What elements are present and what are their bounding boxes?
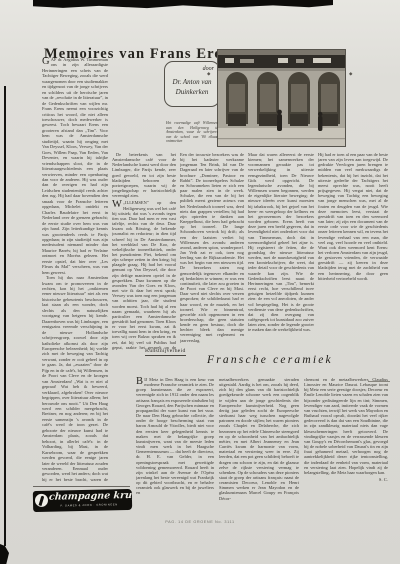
scan-artifact-top-strip [33,0,333,9]
article1-paragraph: Hij had er toen al een paar van de beste… [318,152,388,281]
article2-column-2: metaalbewerkers gemaakte sieraden uitges… [219,377,299,515]
article1-paragraph: Toen hij dus naar Amsterdam kwam om te p… [42,275,108,483]
article1-paragraph: W„ILLEMSEN” op den Heiligenweg was wel h… [112,200,176,350]
dropcap-initial: B [136,377,144,386]
article2-col1-text: IJ Metz in Den Haag is een keur van mode… [136,377,214,495]
byline-author: Dr. Anton van Duinkerken [165,77,219,97]
page-footer: PAG. 14 DE GROENE No. 3111 [0,520,400,524]
article2-column-3: chemont en de metaalbewerkers Claudius L… [304,377,388,515]
article1-column-3: Een der trouwste bezoekers was de bij he… [180,152,244,350]
article1-column-2: De beteekenis van het Amsterdamsche café… [112,152,176,350]
article2-paragraph: metaalbewerkers gemaakte sieraden uitges… [219,377,299,501]
article1-col2-text-1: De beteekenis van het Amsterdamsche café… [112,152,176,198]
article1-column-1: GAF dr. Aegidius W. Timmerman ons in zij… [42,57,108,483]
article1-col5-text: Hij had er toen al een paar van de beste… [318,152,388,281]
article2-col3-text: chemont en de metaalbewerkers Claudius L… [304,377,388,475]
ornament-diamond-icon: ◆ [207,72,210,77]
article1-column-5: Hij had er toen al een paar van de beste… [318,152,388,350]
article1-paragraph: GAF dr. Aegidius W. Timmerman ons in zij… [42,57,108,275]
scan-artifact-left-edge [4,86,6,546]
newspaper-page: Memoires van Frans Erens door Dr. Anton … [0,0,400,564]
dropcap-initial: W [112,200,123,209]
article1-paragraph: De beteekenis van het Amsterdamsche café… [112,152,176,198]
article1-column-4: Maar dat waren allereerst de eerste kiem… [248,152,314,350]
article2-column-1: BIJ Metz in Den Haag is een keur van mod… [136,377,214,515]
article2-paragraph: BIJ Metz in Den Haag is een keur van mod… [136,377,214,496]
champagne-bottle-icon [35,493,48,506]
cafe-willemsen-photo [218,50,345,146]
byline-box: door Dr. Anton van Duinkerken [164,61,220,107]
article1-paragraph: Een der trouwste bezoekers was de bij he… [180,152,244,343]
article1-col2-text-2: „ILLEMSEN” op den Heiligenweg was wel he… [112,200,176,350]
article2-signature: S. C. [304,477,388,482]
article1-paragraph: Maar dat waren allereerst de eerste kiem… [248,152,314,332]
champagne-krug-ad: champagne krug P. DAMES & ZOON · GRONING… [33,489,132,512]
byline-author-line2: Duinkerken [176,88,209,96]
article1-col4-text: Maar dat waren allereerst de eerste kiem… [248,152,314,332]
ad-divider-rule [33,486,130,487]
ad-brand-text: champagne krug [48,490,132,503]
scan-artifact-corner-blob [0,544,9,564]
ad-subline-text: P. DAMES & ZOON · GRONINGEN [49,503,129,508]
photo-caption: Het voormalige café Willemsen aan den He… [166,121,218,144]
bottle-glyph [39,495,45,505]
article1-col1-text-1: AF dr. Aegidius W. Timmerman ons in zijn… [42,57,108,275]
article2-paragraph: chemont en de metaalbewerkers Claudius L… [304,377,388,475]
article1-col1-text-2: Toen hij dus naar Amsterdam kwam om te p… [42,275,108,483]
ornament-diamond-icon: ◆ [349,72,352,77]
section-label-kunstnijverheid: Kunstnijverheid [145,348,186,356]
dropcap-initial: G [42,57,51,66]
article1-col3-text: Een der trouwste bezoekers was de bij he… [180,152,244,343]
article2-title: Fransche ceramiek [207,354,333,366]
byline-author-line1: Dr. Anton van [173,78,212,86]
article2-col2-text: metaalbewerkers gemaakte sieraden uitges… [219,377,299,501]
